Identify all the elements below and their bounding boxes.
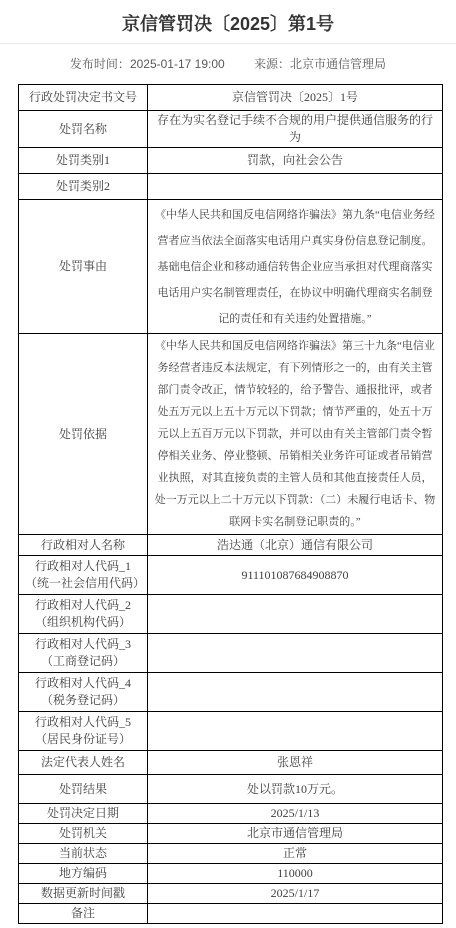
row-party-code-5-id: 行政相对人代码_5（居民身份证号）	[19, 712, 443, 751]
penalty-decision-page: 京信管罚决〔2025〕第1号 发布时间：2025-01-17 19:00 来源：…	[0, 0, 456, 928]
row-label: 行政相对人代码_5（居民身份证号）	[19, 712, 148, 751]
publish-time-value: 2025-01-17 19:00	[130, 57, 225, 71]
row-label: 处罚名称	[19, 111, 148, 148]
row-legal-representative: 法定代表人姓名 张恩祥	[19, 751, 443, 775]
row-label: 行政相对人名称	[19, 535, 148, 556]
row-value: 浩达通（北京）通信有限公司	[148, 535, 443, 556]
row-value: 张恩祥	[148, 751, 443, 775]
row-current-status: 当前状态 正常	[19, 844, 443, 864]
row-label: 处罚决定日期	[19, 804, 148, 824]
row-label: 法定代表人姓名	[19, 751, 148, 775]
row-penalty-category-1: 处罚类别1 罚款，向社会公告	[19, 148, 443, 174]
row-value	[148, 712, 443, 751]
row-value: 《中华人民共和国反电信网络诈骗法》第三十九条“电信业务经营者违反本法规定，有下列…	[148, 334, 443, 535]
row-value	[148, 673, 443, 712]
row-value: 存在为实名登记手续不合规的用户提供通信服务的行为	[148, 111, 443, 148]
row-value: 正常	[148, 844, 443, 864]
row-penalty-name: 处罚名称 存在为实名登记手续不合规的用户提供通信服务的行为	[19, 111, 443, 148]
row-value: 罚款，向社会公告	[148, 148, 443, 174]
row-label: 处罚结果	[19, 775, 148, 804]
row-label: 行政相对人代码_2（组织机构代码）	[19, 595, 148, 634]
row-data-update-timestamp: 数据更新时间戳 2025/1/17	[19, 884, 443, 904]
row-value: 911101087684908870	[148, 556, 443, 595]
row-value	[148, 595, 443, 634]
row-value: 处以罚款10万元。	[148, 775, 443, 804]
row-penalty-result: 处罚结果 处以罚款10万元。	[19, 775, 443, 804]
row-value: 北京市通信管理局	[148, 824, 443, 844]
row-decision-number: 行政处罚决定书文号 京信管罚决〔2025〕1号	[19, 85, 443, 111]
row-value	[148, 904, 443, 924]
row-party-name: 行政相对人名称 浩达通（北京）通信有限公司	[19, 535, 443, 556]
row-label: 行政相对人代码_1（统一社会信用代码）	[19, 556, 148, 595]
page-title: 京信管罚决〔2025〕第1号	[0, 0, 456, 43]
row-penalty-basis: 处罚依据 《中华人民共和国反电信网络诈骗法》第三十九条“电信业务经营者违反本法规…	[19, 334, 443, 535]
row-value	[148, 174, 443, 200]
row-party-code-4-tax: 行政相对人代码_4（税务登记码）	[19, 673, 443, 712]
source-label: 来源：	[254, 57, 290, 71]
row-label: 处罚依据	[19, 334, 148, 535]
row-label: 行政相对人代码_3（工商登记码）	[19, 634, 148, 673]
row-party-code-3-business: 行政相对人代码_3（工商登记码）	[19, 634, 443, 673]
row-party-code-1-uscc: 行政相对人代码_1（统一社会信用代码） 911101087684908870	[19, 556, 443, 595]
row-label: 处罚类别2	[19, 174, 148, 200]
row-value: 110000	[148, 864, 443, 884]
meta-bar: 发布时间：2025-01-17 19:00 来源：北京市通信管理局	[0, 44, 456, 81]
row-label: 地方编码	[19, 864, 148, 884]
publish-time-label: 发布时间：	[70, 57, 130, 71]
publish-time: 发布时间：2025-01-17 19:00	[70, 57, 225, 71]
row-value: 《中华人民共和国反电信网络诈骗法》第九条“电信业务经营者应当依法全面落实电话用户…	[148, 200, 443, 334]
row-value: 京信管罚决〔2025〕1号	[148, 85, 443, 111]
row-remarks: 备注	[19, 904, 443, 924]
row-label: 备注	[19, 904, 148, 924]
row-value: 2025/1/17	[148, 884, 443, 904]
row-party-code-2-org: 行政相对人代码_2（组织机构代码）	[19, 595, 443, 634]
row-label: 当前状态	[19, 844, 148, 864]
row-label: 数据更新时间戳	[19, 884, 148, 904]
row-label: 处罚类别1	[19, 148, 148, 174]
row-value: 2025/1/13	[148, 804, 443, 824]
row-label: 处罚事由	[19, 200, 148, 334]
row-decision-date: 处罚决定日期 2025/1/13	[19, 804, 443, 824]
row-label: 行政相对人代码_4（税务登记码）	[19, 673, 148, 712]
penalty-detail-table: 行政处罚决定书文号 京信管罚决〔2025〕1号 处罚名称 存在为实名登记手续不合…	[18, 84, 443, 924]
source-value: 北京市通信管理局	[290, 57, 386, 71]
row-penalty-category-2: 处罚类别2	[19, 174, 443, 200]
row-label: 行政处罚决定书文号	[19, 85, 148, 111]
row-penalty-authority: 处罚机关 北京市通信管理局	[19, 824, 443, 844]
row-value	[148, 634, 443, 673]
source: 来源：北京市通信管理局	[254, 57, 386, 71]
row-label: 处罚机关	[19, 824, 148, 844]
row-penalty-reason: 处罚事由 《中华人民共和国反电信网络诈骗法》第九条“电信业务经营者应当依法全面落…	[19, 200, 443, 334]
row-region-code: 地方编码 110000	[19, 864, 443, 884]
